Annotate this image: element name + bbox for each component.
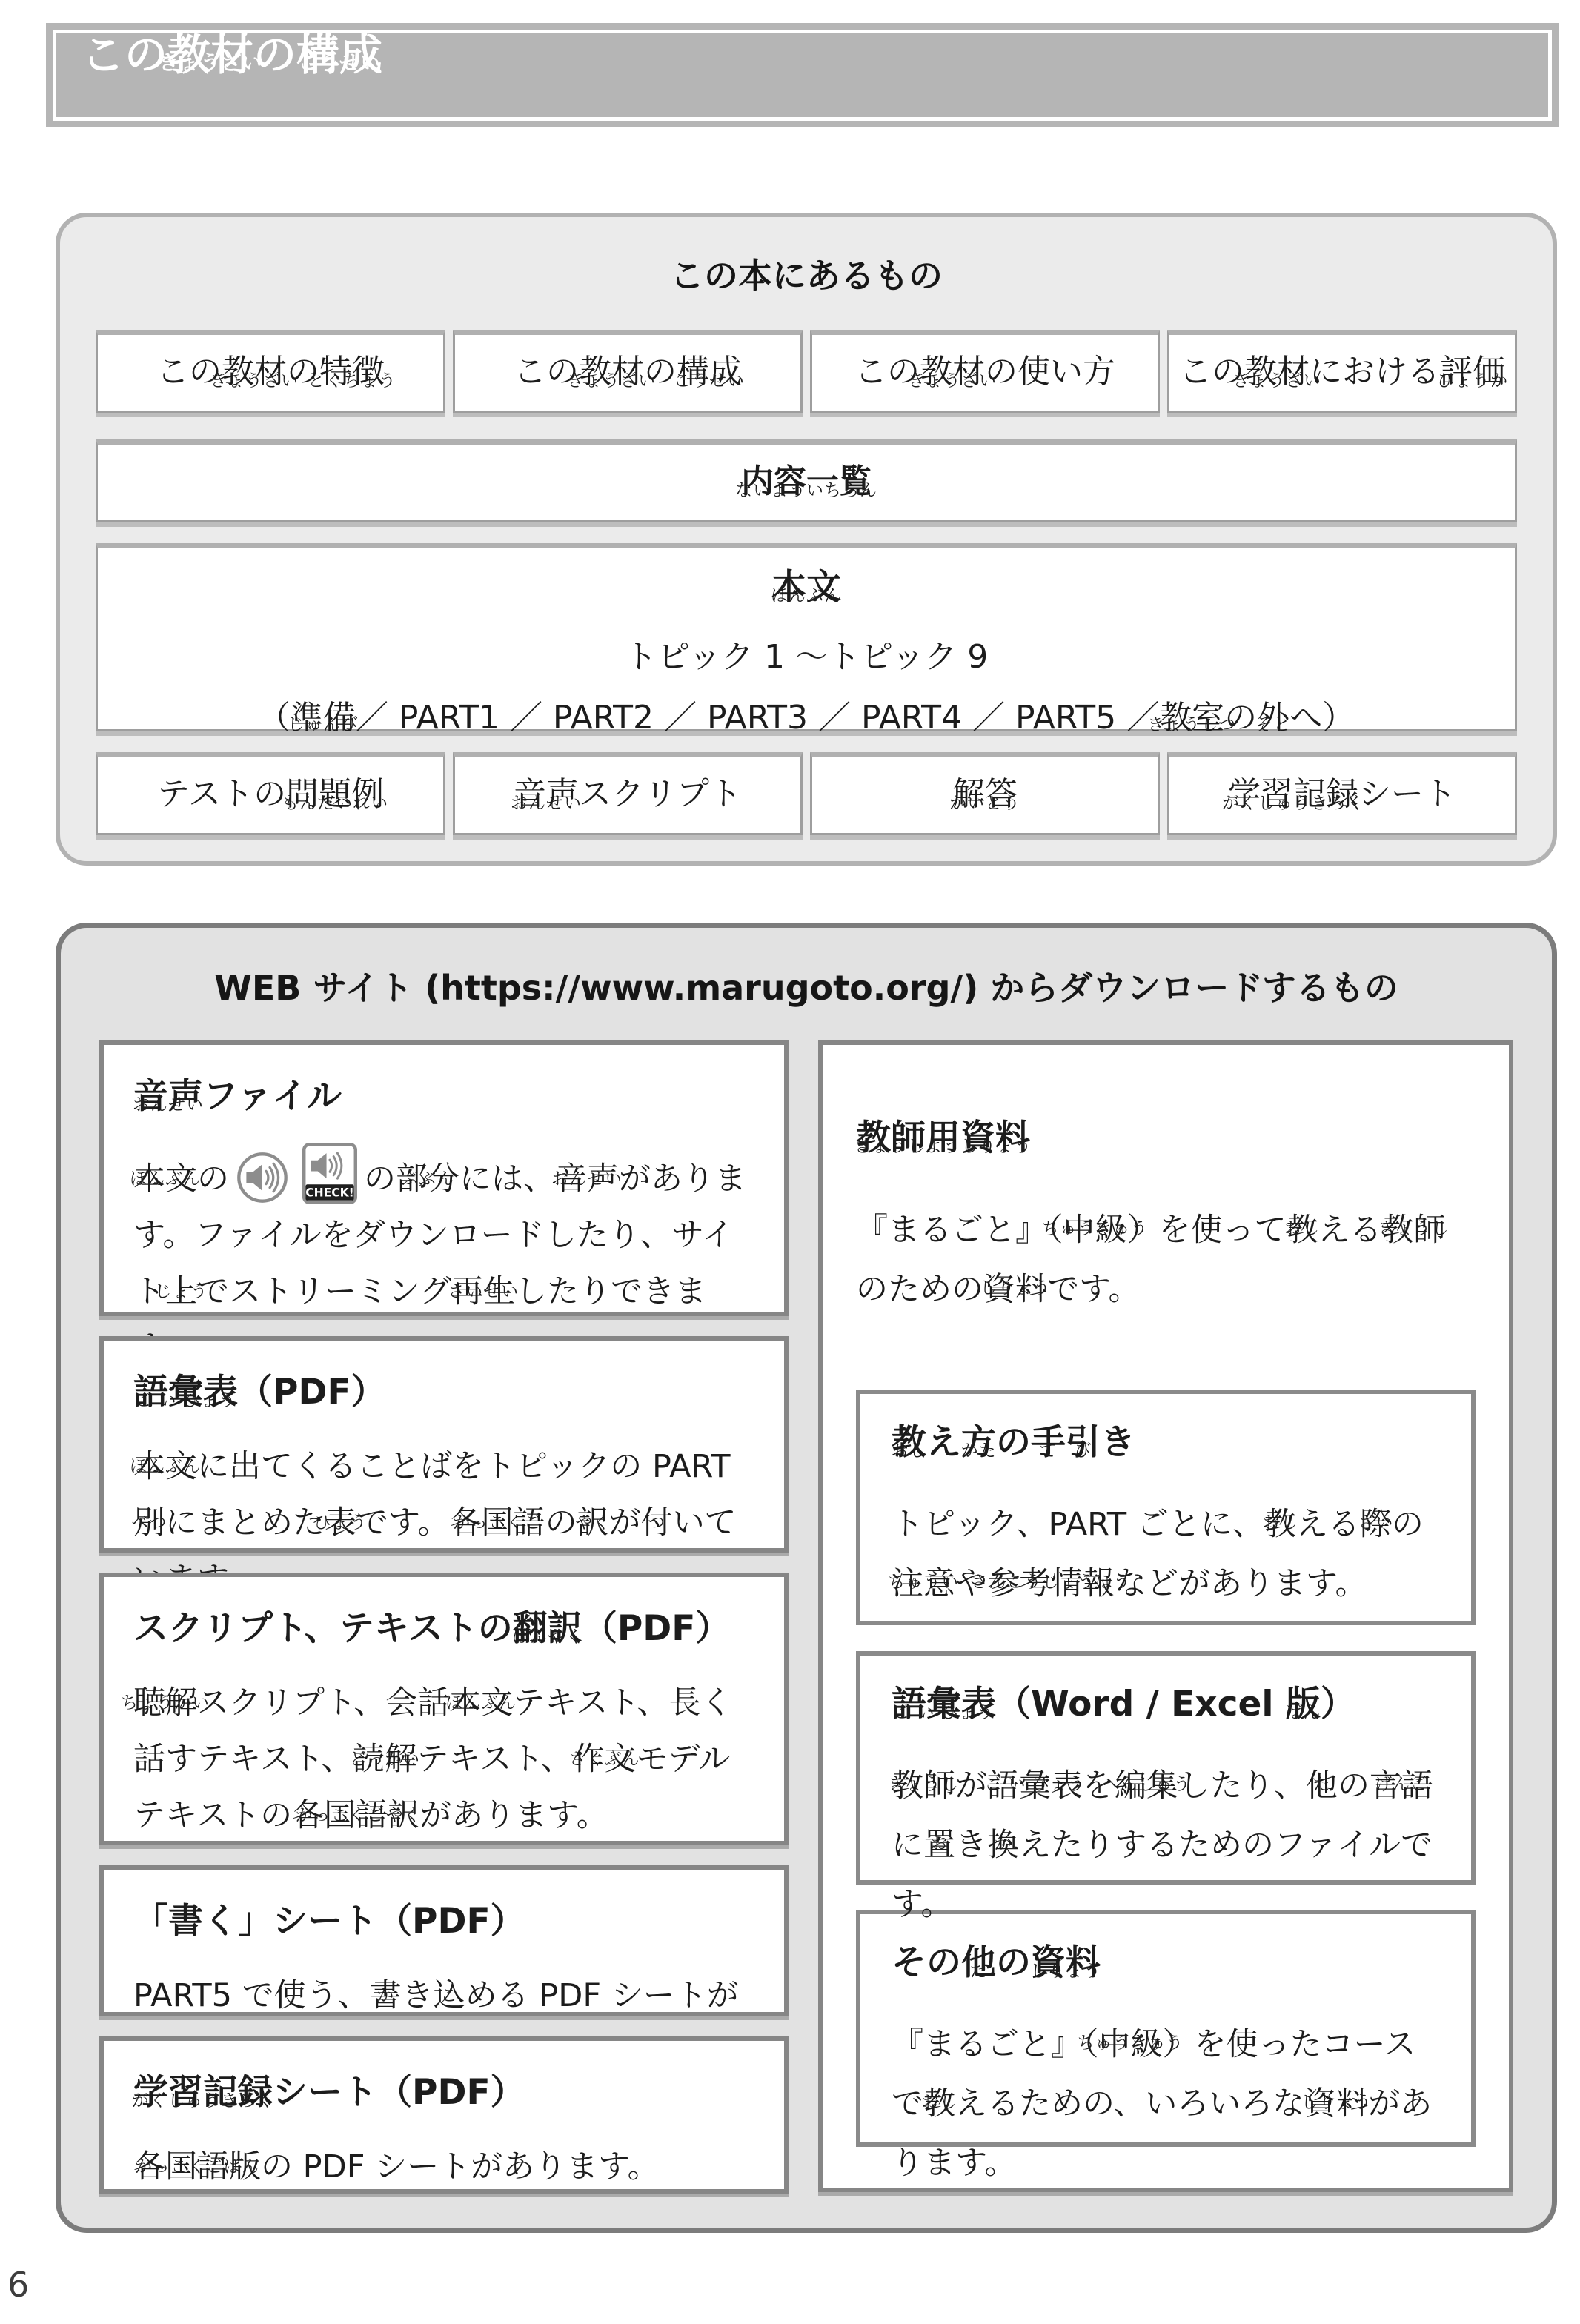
furigana: か [376,1988,394,2005]
study-record-pdf-description: 各国語版かっこくごばんの PDF シートがあります。 [133,2139,754,2195]
text-run: 学習記録がくしゅうきろく [1228,775,1358,814]
text-run: でストリーミング [197,1273,451,1310]
text-run: 訳やく [577,1495,609,1551]
text-run: ）を使って [1127,1212,1287,1249]
text-run: 教おし [1264,1495,1296,1554]
text-run: テストの [157,775,286,813]
text-run: の PDF シートがあります。 [261,2148,660,2185]
furigana: おし [892,1443,927,1460]
vocabulary-pdf-title: 語彙表ご い ひょう（PDF） [133,1373,754,1412]
text-run: 構成こうせい [677,353,742,391]
furigana: かっこくご [453,1515,542,1532]
text-run: 準備じゅんび [291,698,356,738]
page-number: 6 [7,2265,29,2305]
other-materials-title: その他たの資料しりょう [892,1944,1440,1982]
furigana: きょうしつ [1147,717,1236,734]
text-run: が [609,1504,641,1541]
furigana: おんせい [551,1171,623,1188]
teaching-guide-box: 教おしえ方かたの手て引びき トピック、PART ごとに、教おしえる際さいの注意ち… [856,1390,1476,1625]
text-run: 引び [1066,1424,1101,1462]
text-run: 教師きょうし [892,1756,955,1816]
text-run: き [955,1827,987,1864]
text-run: スクリプト [579,775,742,813]
text-run: 本文ほんぶん [449,1675,513,1731]
text-run: にまとめた [165,1504,325,1541]
text-run: トピック 1 ～トピック 9 [625,638,988,676]
chapter-row-bottom: テストの問題例もんだいれい 音声おんせいスクリプト 解答かいとう 学習記録がくし… [96,752,1517,835]
study-record-sheet-box: 学習記録がくしゅうきろくシート [1167,752,1517,835]
text-run: 中級ちゅうきゅう [1063,1201,1127,1260]
text-run: 教師用資料きょうしようしりょう [856,1119,1030,1158]
furigana: ひょうか [1437,373,1508,390]
furigana: ばん [1285,1704,1321,1722]
text-run: 語彙表ご い ひょう [133,1373,238,1412]
text-run: 込こ [434,1968,465,2024]
furigana: きょうざい [210,373,299,390]
text-run: です。 [1047,1271,1141,1308]
furigana: こうせい [298,55,381,72]
translations-pdf-description: 聴解ちょうかいスクリプト、会話本文ほんぶんテキスト、長く話すテキスト、読解どっか… [133,1675,754,1844]
chapter-row-main-text: 本文ほんぶん トピック 1 ～トピック 9 （準備じゅんび／ PART1 ／ P… [96,543,1517,731]
furigana: て [1040,1443,1058,1460]
text-run: などがあります。 [1115,1565,1367,1602]
furigana: きょうし [1378,1221,1450,1238]
furigana: お [931,1836,949,1853]
furigana: おし [1284,1221,1320,1238]
furigana: やく [386,1807,422,1825]
text-run: き [1101,1422,1135,1463]
furigana: かいとう [949,795,1020,812]
text-run: 置お [923,1816,955,1875]
text-run: き [402,1977,434,2014]
text-run: のための [856,1271,983,1308]
text-run: シート（PDF） [273,2072,525,2113]
audio-files-title: 音声おんせいファイル [133,1078,754,1116]
furigana: きょうしようしりょう [854,1138,1032,1155]
furigana: ご い ひょう [893,1704,995,1722]
text-run: 教材きょうざい [1244,353,1310,391]
text-run: 言語げんご [1370,1756,1433,1816]
furigana: ほんぶん [771,588,842,605]
chapter-box-features: この教材きょうざいの特徴とくちょう [96,330,445,413]
download-items-column: 音声おんせいファイル 本文ほんぶんのCHECK!の部分ぶぶんには、音声おんせいが… [99,1040,789,2194]
text-run: スクリプト、テキストの [133,1608,513,1649]
furigana: ちゅうきゅう [1078,2035,1184,2052]
text-run: における [1310,353,1440,391]
furigana: じゅんび [288,717,359,734]
furigana: きょうざい [908,373,997,390]
other-materials-box: その他たの資料しりょう 『まるごと』（中級ちゅうきゅう）を使ったコースで教おしえ… [856,1910,1476,2147]
furigana: しりょう [980,1280,1051,1297]
furigana: ちょうかい [121,1695,210,1712]
furigana: そと [1255,717,1291,734]
furigana: おんせい [133,1097,204,1114]
furigana: どっかい [350,1751,421,1768]
writing-sheet-box: 「書く」シート（PDF） PART5 で使う、書かき込こめる PDF シートがあ… [99,1865,789,2016]
text-run: したり、 [1178,1767,1306,1805]
furigana: がくしゅうきろく [132,2093,274,2110]
text-run: には、 [459,1161,555,1198]
text-run: この [82,30,167,80]
translations-pdf-box: スクリプト、テキストの翻訳ほんやく（PDF） 聴解ちょうかいスクリプト、会話本文… [99,1573,789,1845]
text-run: があります。 [419,1797,608,1834]
text-run: 本文ほんぶん [133,1438,197,1495]
text-run: 読解どっかい [353,1731,416,1787]
furigana: おし [1262,1515,1298,1532]
download-columns: 音声おんせいファイル 本文ほんぶんのCHECK!の部分ぶぶんには、音声おんせいが… [99,1040,1513,2194]
text-run: 本文ほんぶん [771,568,841,608]
translations-pdf-title: スクリプト、テキストの翻訳ほんやく（PDF） [133,1610,754,1648]
furigana: さい [1358,1515,1393,1532]
text-run: 構成こうせい [296,32,382,78]
text-run: 部分ぶぶん [396,1151,459,1207]
teacher-materials-title: 教師用資料きょうしようしりょう [856,1119,1476,1158]
audio-check-icon: CHECK! [302,1143,357,1204]
furigana: か [995,1836,1012,1853]
text-run: 教材きょうざい [920,353,985,391]
text-run: その [892,1942,961,1983]
text-run: 解答かいとう [952,775,1018,814]
furigana: おし [922,2094,957,2111]
text-run: （ [258,699,291,737]
text-run: 特徴とくちょう [319,353,385,391]
text-run: が [955,1767,987,1805]
text-run: 編集へんしゅう [1115,1756,1178,1816]
audio-files-box: 音声おんせいファイル 本文ほんぶんのCHECK!の部分ぶぶんには、音声おんせいが… [99,1040,789,1316]
text-run: ／ PART1 ／ PART2 ／ PART3 ／ PART4 ／ PART5 … [356,699,1159,737]
text-run: に出てくることばをトピックの PART [197,1448,740,1485]
text-run: 作文さくぶん [573,1731,637,1787]
furigana: かっこくごばん [135,2159,259,2176]
furigana: こ [440,1988,458,2005]
text-run: ための、いろいろな [1019,2085,1304,2122]
vocabulary-word-excel-box: 語彙表ご い ひょう（Word / Excel 版ばん） 教師きょうしが語彙表ご… [856,1651,1476,1885]
text-run: です。 [356,1504,450,1541]
study-record-pdf-box: 学習記録がくしゅうきろくシート（PDF） 各国語版かっこくごばんの PDF シー… [99,2036,789,2194]
text-run: 付つ [641,1495,673,1551]
audio-script-box: 音声おんせいスクリプト [453,752,803,835]
text-run: の [996,1422,1031,1463]
text-run: 資料しりょう [983,1260,1047,1319]
furigana: しりょう [1030,1963,1101,1980]
text-run: ファイル [203,1076,342,1117]
text-run: 換か [987,1816,1019,1875]
text-run: 音声おんせい [133,1078,203,1116]
text-run: 教材きょうざい [167,32,253,78]
furigana: もんだいれい [282,795,388,812]
text-run: 他た [961,1944,996,1982]
furigana: ご い ひょう [135,1392,236,1410]
chapter-row-contents-list: 内容一覧ないよういちらん [96,439,1517,522]
writing-sheet-title: 「書く」シート（PDF） [133,1902,754,1941]
web-downloads-title: WEB サイト (https://www.marugoto.org/) からダウ… [99,968,1513,1008]
text-run: の [996,1942,1031,1983]
text-run: 評価ひょうか [1440,353,1505,391]
furigana: た [1313,1776,1331,1793]
teacher-materials-description: 『まるごと』（中級ちゅうきゅう）を使って教おしえる教師きょうしのための資料しりょ… [856,1201,1476,1319]
furigana: きょうし [888,1776,959,1793]
test-samples-box: テストの問題例もんだいれい [96,752,445,835]
furigana: ひょう [314,1515,368,1532]
book-contents-panel: この本にあるもの この教材きょうざいの特徴とくちょう この教材きょうざいの構成こ… [56,213,1557,866]
vocabulary-pdf-box: 語彙表ご い ひょう（PDF） 本文ほんぶんに出てくることばをトピックの PAR… [99,1336,789,1553]
vocabulary-word-excel-title: 語彙表ご い ひょう（Word / Excel 版ばん） [892,1685,1440,1724]
text-run: 語彙表ご い ひょう [987,1756,1083,1816]
textbook-page: この教材きょうざいの構成こうせい この本にあるもの この教材きょうざいの特徴とく… [0,0,1580,2324]
chapter-box-structure: この教材きょうざいの構成こうせい [453,330,803,413]
teaching-guide-description: トピック、PART ごとに、教おしえる際さいの注意ちゅういや参考情報さんこうじょ… [892,1495,1440,1613]
svg-text:CHECK!: CHECK! [305,1186,354,1200]
furigana: ほんぶん [130,1458,201,1475]
chapter-box-assessment: この教材きょうざいにおける評価ひょうか [1167,330,1517,413]
text-run: える [1296,1506,1360,1543]
teaching-guide-title: 教おしえ方かたの手て引びき [892,1424,1440,1462]
furigana: ご い ひょう [984,1776,1086,1793]
text-run: に [892,1827,923,1864]
furigana: かた [961,1443,997,1460]
furigana: ほんぶん [445,1695,517,1712]
furigana: ちゅうい [888,1574,959,1591]
text-run: 外そと [1257,698,1289,738]
furigana: きょうざい [567,373,656,390]
chapter-box-usage: この教材きょうざいの使い方 [810,330,1160,413]
text-run: 資料しりょう [1031,1944,1101,1982]
text-run: 音声おんせい [514,775,579,814]
furigana: ほんやく [512,1629,583,1646]
text-run: スクリプト、会話 [197,1684,449,1722]
text-run: 「書く」シート（PDF） [133,1901,525,1942]
text-run: 版ばん [1286,1685,1321,1724]
chapter-row-top: この教材きょうざいの特徴とくちょう この教材きょうざいの構成こうせい この教材き… [96,330,1517,413]
text-run: え [926,1422,961,1463]
text-run: える [955,2085,1019,2122]
main-text-topics: トピック 1 ～トピック 9 [98,637,1515,677]
text-run: 書か [370,1968,402,2024]
text-run: の [1338,1767,1370,1805]
text-run: （Word / Excel [996,1684,1286,1724]
other-materials-description: 『まるごと』（中級ちゅうきゅう）を使ったコースで教おしえるための、いろいろな資料… [892,2015,1440,2193]
furigana: とくちょう [308,373,396,390]
text-run: 本文ほんぶん [133,1151,197,1207]
text-run: 各国語かっこくご [292,1787,388,1844]
text-run: 訳やく [388,1787,419,1844]
furigana: やく [575,1515,611,1532]
furigana: び [1075,1443,1092,1460]
furigana: こうせい [674,373,745,390]
text-run: 再生さいせい [451,1264,515,1320]
furigana: さくぶん [569,1751,640,1768]
furigana: ないよういちらん [735,482,877,499]
text-run: の使い方 [985,353,1115,391]
text-run: 資料しりょう [1304,2074,1368,2134]
text-run: 方かた [961,1424,996,1462]
contents-list-box: 内容一覧ないよういちらん [96,439,1517,522]
text-run: へ） [1289,699,1355,737]
text-run: の [197,1161,229,1198]
text-run: 際さい [1360,1495,1392,1554]
main-text-title: 本文ほんぶん [98,568,1515,608]
answers-box: 解答かいとう [810,752,1160,835]
furigana: おんせい [511,795,582,812]
furigana: かっこくご [296,1807,385,1825]
text-run: 上じょう [165,1264,197,1320]
text-run: 学習記録がくしゅうきろく [133,2074,273,2112]
study-record-pdf-title: 学習記録がくしゅうきろくシート（PDF） [133,2074,754,2112]
text-run: 問題例もんだいれい [286,775,384,814]
text-run: 教おし [892,1424,926,1462]
text-run: PART5 で使う、 [133,1977,370,2014]
text-run: シート [1358,775,1456,813]
text-run: 内容一覧ないよういちらん [741,462,872,501]
text-run: 教おし [1287,1201,1318,1260]
text-run: 参考情報さんこうじょうほう [987,1554,1115,1613]
vocabulary-word-excel-description: 教師きょうしが語彙表ご い ひょうを編集へんしゅうしたり、他たの言語げんごに置お… [892,1756,1440,1934]
text-run: の [1392,1506,1424,1543]
text-run: 教師きょうし [1382,1201,1446,1260]
text-run: 教おし [923,2074,955,2134]
text-run: ） [1321,1684,1355,1724]
furigana: ぶぶん [401,1171,454,1188]
book-contents-title: この本にあるもの [96,256,1517,296]
text-run: 表ひょう [325,1495,356,1551]
furigana: へんしゅう [1102,1776,1191,1793]
text-run: テキスト、 [416,1741,572,1778]
furigana: さんこうじょうほう [971,1574,1131,1591]
text-run: 各国語かっこくご [450,1495,545,1551]
audio-icon [236,1151,289,1204]
text-run: 中級ちゅうきゅう [1099,2015,1163,2074]
text-run: の [545,1504,577,1541]
text-run: 語彙表ご い ひょう [892,1685,996,1724]
text-run: 他た [1306,1756,1338,1816]
text-run: 教室きょうしつ [1159,698,1224,738]
text-run: 教材きょうざい [222,353,287,391]
text-run: 別べつ [133,1495,165,1551]
text-run: 『まるごと』（ [856,1212,1063,1249]
web-downloads-panel: WEB サイト (https://www.marugoto.org/) からダウ… [56,923,1557,2233]
text-run: トピック、PART ごとに、 [892,1506,1264,1543]
furigana: つ [648,1515,665,1532]
page-title: この教材きょうざいの構成こうせい [82,32,382,78]
furigana: きょうざい [159,55,262,72]
text-run: （PDF） [238,1372,386,1412]
main-text-parts: （準備じゅんび／ PART1 ／ PART2 ／ PART3 ／ PART4 ／… [98,698,1515,738]
furigana: べつ [132,1515,167,1532]
furigana: た [970,1963,988,1980]
text-run: の [364,1161,396,1198]
text-run: 音声おんせい [555,1151,619,1207]
furigana: きょうざい [1232,373,1321,390]
teacher-materials-box: 教師用資料きょうしようしりょう 『まるごと』（中級ちゅうきゅう）を使って教おしえ… [818,1040,1513,2192]
furigana: しりょう [1301,2094,1372,2111]
text-run: 各国語版かっこくごばん [133,2139,261,2195]
page-header: この教材きょうざいの構成こうせい [46,23,1559,127]
furigana: さいせい [448,1284,519,1301]
furigana: ほんぶん [130,1171,201,1188]
furigana: げんご [1375,1776,1428,1793]
main-text-box: 本文ほんぶん トピック 1 ～トピック 9 （準備じゅんび／ PART1 ／ P… [96,543,1517,731]
text-run: 教材きょうざい [579,353,644,391]
text-run: 手て [1031,1424,1066,1462]
text-run: える [1318,1212,1382,1249]
text-run: 注意ちゅうい [892,1554,955,1613]
text-run: 翻訳ほんやく [513,1610,582,1648]
text-run: （PDF） [582,1608,731,1649]
text-run: 『まるごと』（ [892,2026,1099,2063]
furigana: ちゅうきゅう [1042,1221,1149,1238]
furigana: じょう [155,1284,208,1301]
text-run: 聴解ちょうかい [133,1675,197,1731]
furigana: がくしゅうきろく [1222,795,1364,812]
